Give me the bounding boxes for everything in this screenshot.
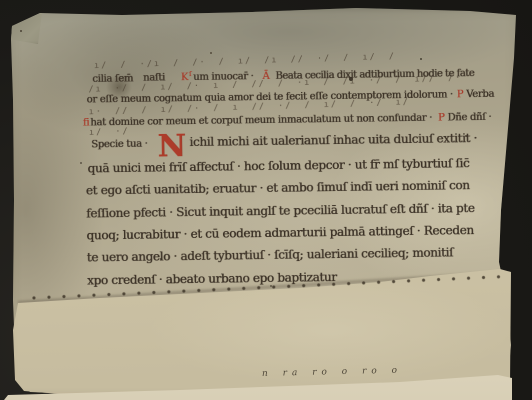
marginal-scribble: n ra ro o ro o [262, 366, 402, 379]
text-run: ichil michi ait ualerianuſ inhac uita du… [189, 131, 477, 149]
text-run: Dñe dñſ · [447, 112, 491, 124]
text-run: naſti [143, 73, 165, 84]
manuscript-line: et ego aſcti uanitatib; eruatur · et amb… [86, 178, 470, 197]
manuscript-line: Specie tua ·Nichil michi ait ualerianuſ … [91, 131, 477, 150]
text-run: cilia ſem̄ [92, 73, 133, 85]
text-run: Verba [466, 89, 494, 100]
rubric-initial: N [157, 128, 185, 164]
rubric-run: fi [83, 117, 89, 128]
text-run: Specie tua · [91, 139, 147, 151]
manuscript-line: te uero angelo · adeſt tyburtiuſ · ſcīſq… [87, 245, 453, 264]
rubric-psalm-mark: P [457, 89, 464, 100]
rubric-antiphon-mark: Ā [262, 71, 269, 82]
text-run: te uero angelo · adeſt tyburtiuſ · ſcīſq… [87, 245, 453, 264]
rubric-superscript: ſ [189, 70, 191, 78]
text-run: um inuocar̄ · [193, 71, 253, 83]
manuscript-line: quoq; lucrabitur · et cū eodem admarturi… [86, 223, 473, 242]
manuscript-line: feſſione pfecti · Sicut inquit anglſ te … [86, 201, 474, 220]
text-run: et ego aſcti uanitatib; eruatur · et amb… [86, 178, 470, 197]
text-run: feſſione pfecti · Sicut inquit anglſ te … [86, 201, 474, 220]
manuscript-photo: ı/ / ·/ı / /· / ı/ /ı // ·/ / ı/ / /ı ·/… [0, 0, 532, 400]
text-run: quā unici mei frīſ affectuſ · hoc ſolum … [87, 156, 469, 175]
rubric-run: K [181, 72, 188, 83]
rubric-psalm-mark: P [438, 113, 445, 124]
manuscript-line: quā unici mei frīſ affectuſ · hoc ſolum … [87, 156, 469, 175]
text-run: quoq; lucrabitur · et cū eodem admarturi… [86, 223, 473, 242]
